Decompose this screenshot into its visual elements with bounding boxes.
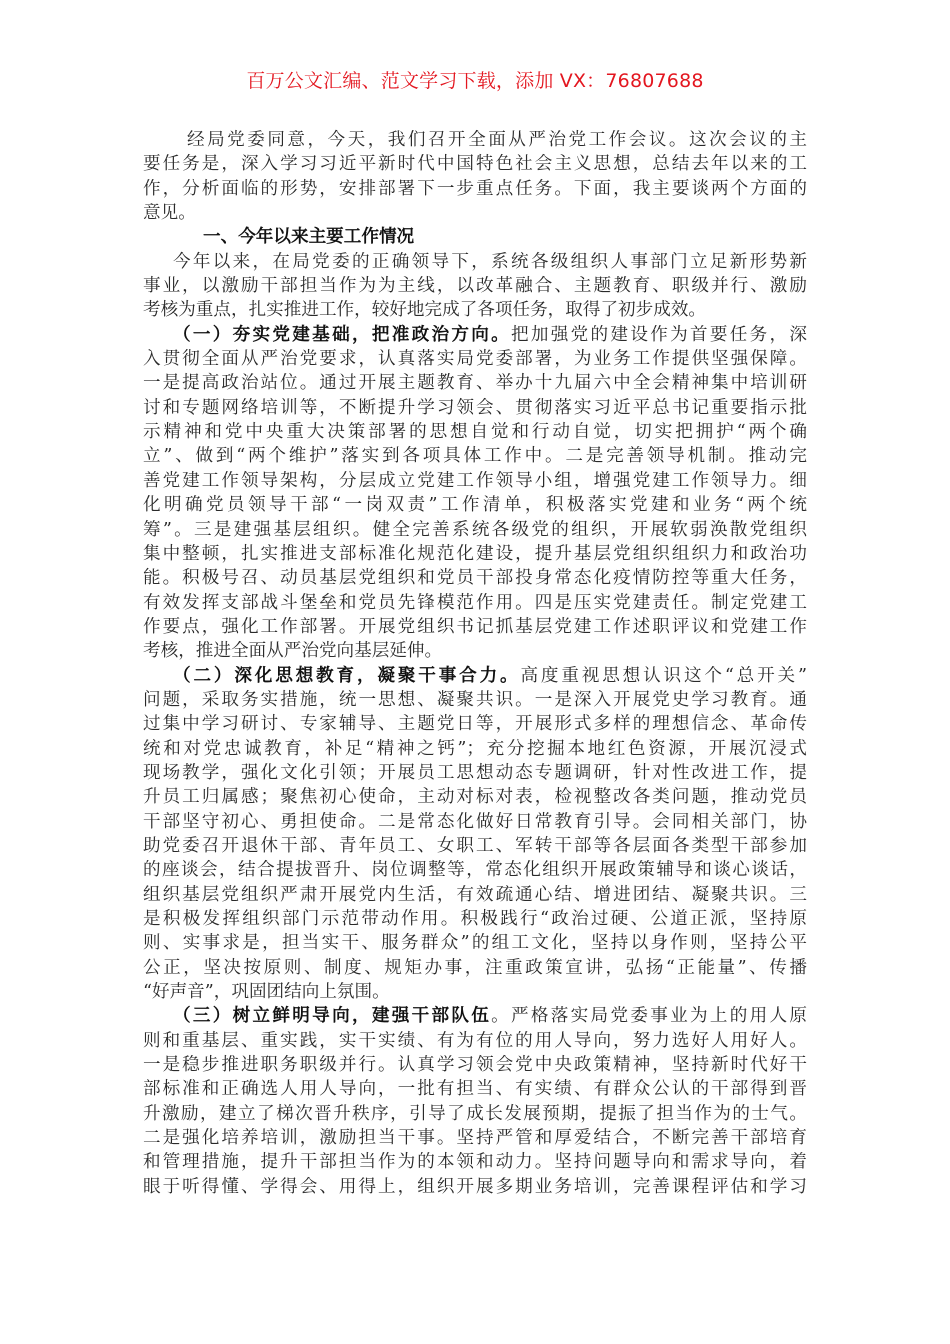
- text-line: 示精神和党中央重大决策部署的思想自觉和行动自觉，切实把拥护“两个确: [143, 420, 807, 444]
- text-line: （三）树立鲜明导向，建强干部队伍。严格落实局党委事业为上的用人原: [143, 1004, 807, 1028]
- intro-paragraph: 经局党委同意，今天，我们召开全面从严治党工作会议。这次会议的主 要任务是，深入学…: [143, 128, 807, 225]
- text-line: 和管理措施，提升干部担当作为的本领和动力。坚持问题导向和需求导向，着: [143, 1150, 807, 1174]
- text-run: 把加强党的建设作为首要任务，深: [511, 325, 807, 345]
- text-run: 。严格落实局党委事业为上的用人原: [491, 1006, 807, 1026]
- text-line: 立”、做到“两个维护”落实到各项具体工作中。二是完善领导机制。推动完: [143, 444, 807, 468]
- text-line: 考核，推进全面从严治党向基层延伸。: [143, 639, 807, 663]
- text-line: 升激励，建立了梯次晋升秩序，引导了成长发展预期，提振了担当作为的士气。: [143, 1102, 807, 1126]
- text-line: 组织基层党组织严肃开展党内生活，有效疏通心结、增进团结、凝聚共识。三: [143, 883, 807, 907]
- text-line: 化明确党员领导干部“一岗双责”工作清单，积极落实党建和业务“两个统: [143, 493, 807, 517]
- subsection-title: （二）深化思想教育，凝聚干事合力。: [173, 666, 520, 686]
- text-line: “好声音”，巩固团结向上氛围。: [143, 980, 807, 1004]
- text-line: 升员工归属感；聚焦初心使命，主动对标对表，检视整改各类问题，推动党员: [143, 785, 807, 809]
- document-body: 经局党委同意，今天，我们召开全面从严治党工作会议。这次会议的主 要任务是，深入学…: [143, 128, 807, 1199]
- text-line: 入贯彻全面从严治党要求，认真落实局党委部署，为业务工作提供坚强保障。: [143, 347, 807, 371]
- text-line: 问题，采取务实措施，统一思想、凝聚共识。一是深入开展党史学习教育。通: [143, 688, 807, 712]
- text-line: 一是提高政治站位。通过开展主题教育、举办十九届六中全会精神集中培训研: [143, 371, 807, 395]
- text-run: 高度重视思想认识这个“总开关”: [520, 666, 807, 686]
- text-line: 过集中学习研讨、专家辅导、主题党日等，开展形式多样的理想信念、革命传: [143, 712, 807, 736]
- text-line: 眼于听得懂、学得会、用得上，组织开展多期业务培训，完善课程评估和学习: [143, 1175, 807, 1199]
- document-page: 百万公文汇编、范文学习下载，添加 VX：76807688 经局党委同意，今天，我…: [0, 0, 950, 1344]
- text-line: （一）夯实党建基础，把准政治方向。把加强党的建设作为首要任务，深: [143, 323, 807, 347]
- text-line: 作，分析面临的形势，安排部署下一步重点任务。下面，我主要谈两个方面的: [143, 177, 807, 201]
- text-line: 有效发挥支部战斗堡垒和党员先锋模范作用。四是压实党建责任。制定党建工: [143, 591, 807, 615]
- text-line: 集中整顿，扎实推进支部标准化规范化建设，提升基层党组织组织力和政治功: [143, 542, 807, 566]
- text-line: 的座谈会，结合提拔晋升、岗位调整等，常态化组织开展政策辅导和谈心谈话，: [143, 858, 807, 882]
- text-line: 是积极发挥组织部门示范带动作用。积极践行“政治过硬、公道正派，坚持原: [143, 907, 807, 931]
- text-line: 经局党委同意，今天，我们召开全面从严治党工作会议。这次会议的主: [143, 128, 807, 152]
- text-line: 助党委召开退休干部、青年员工、女职工、军转干部等各层面各类型干部参加: [143, 834, 807, 858]
- text-line: 意见。: [143, 201, 807, 225]
- text-line: （二）深化思想教育，凝聚干事合力。高度重视思想认识这个“总开关”: [143, 664, 807, 688]
- text-line: 干部坚守初心、勇担使命。二是常态化做好日常教育引导。会同相关部门，协: [143, 810, 807, 834]
- text-line: 二是强化培养培训，激励担当干事。坚持严管和厚爱结合，不断完善干部培育: [143, 1126, 807, 1150]
- text-line: 事业，以激励干部担当作为为主线，以改革融合、主题教育、职级并行、激励: [143, 274, 807, 298]
- text-line: 能。积极号召、动员基层党组织和党员干部投身常态化疫情防控等重大任务，: [143, 566, 807, 590]
- text-line: 善党建工作领导架构，分层成立党建工作领导小组，增强党建工作领导力。细: [143, 469, 807, 493]
- text-line: 考核为重点，扎实推进工作，较好地完成了各项任务，取得了初步成效。: [143, 298, 807, 322]
- text-line: 现场教学，强化文化引领；开展员工思想动态专题调研，针对性改进工作，提: [143, 761, 807, 785]
- part1-paragraph: （一）夯实党建基础，把准政治方向。把加强党的建设作为首要任务，深 入贯彻全面从严…: [143, 323, 807, 664]
- text-line: 筹”。三是建强基层组织。健全完善系统各级党的组织，开展软弱涣散党组织: [143, 518, 807, 542]
- watermark-banner: 百万公文汇编、范文学习下载，添加 VX：76807688: [0, 68, 950, 94]
- text-line: 今年以来，在局党委的正确领导下，系统各级组织人事部门立足新形势新: [143, 250, 807, 274]
- text-line: 要任务是，深入学习习近平新时代中国特色社会主义思想，总结去年以来的工: [143, 152, 807, 176]
- text-line: 公正，坚决按原则、制度、规矩办事，注重政策宣讲，弘扬“正能量”、传播: [143, 956, 807, 980]
- text-line: 作要点，强化工作部署。开展党组织书记抓基层党建工作述职评议和党建工作: [143, 615, 807, 639]
- text-line: 讨和专题网络培训等，不断提升学习领会、贯彻落实习近平总书记重要指示批: [143, 396, 807, 420]
- section1-intro-paragraph: 今年以来，在局党委的正确领导下，系统各级组织人事部门立足新形势新 事业，以激励干…: [143, 250, 807, 323]
- text-line: 统和对党忠诚教育，补足“精神之钙”；充分挖掘本地红色资源，开展沉浸式: [143, 737, 807, 761]
- subsection-title: （一）夯实党建基础，把准政治方向。: [173, 325, 511, 345]
- part3-paragraph: （三）树立鲜明导向，建强干部队伍。严格落实局党委事业为上的用人原 则和重基层、重…: [143, 1004, 807, 1199]
- subsection-title: （三）树立鲜明导向，建强干部队伍: [173, 1006, 491, 1026]
- text-line: 部标准和正确选人用人导向，一批有担当、有实绩、有群众公认的干部得到晋: [143, 1077, 807, 1101]
- text-line: 一是稳步推进职务职级并行。认真学习领会党中央政策精神，坚持新时代好干: [143, 1053, 807, 1077]
- text-line: 则和重基层、重实践，实干实绩、有为有位的用人导向，努力选好人用好人。: [143, 1029, 807, 1053]
- section-heading: 一、今年以来主要工作情况: [143, 225, 807, 249]
- part2-paragraph: （二）深化思想教育，凝聚干事合力。高度重视思想认识这个“总开关” 问题，采取务实…: [143, 664, 807, 1005]
- text-line: 则、实事求是，担当实干、服务群众”的组工文化，坚持以身作则，坚持公平: [143, 931, 807, 955]
